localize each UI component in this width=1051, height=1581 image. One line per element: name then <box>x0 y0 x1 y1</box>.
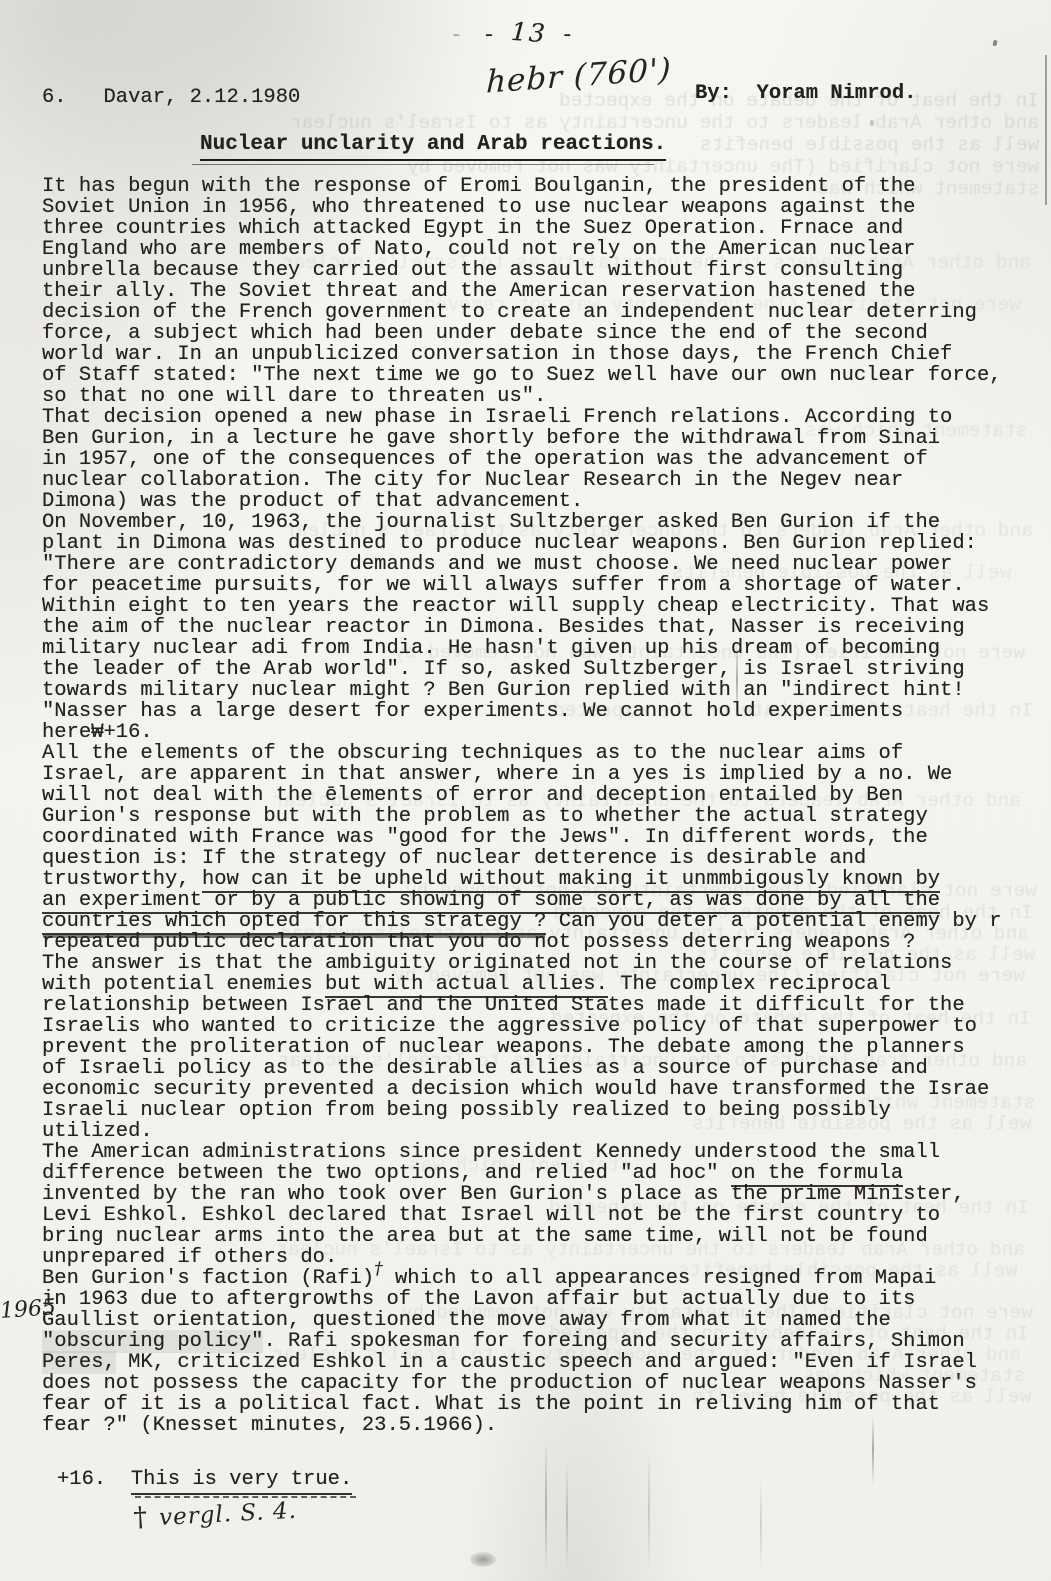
body-line: Gaullist orientation, questioned the mov… <box>42 1310 1037 1331</box>
body-line: in 1957, one of the consequences of the … <box>42 449 1037 470</box>
body-line: question is: If the strategy of nuclear … <box>42 848 1037 869</box>
body-line-segment: of Staff stated: "The next time we go to… <box>42 364 1002 387</box>
byline-label: By: <box>695 82 732 105</box>
body-line: of Staff stated: "The next time we go to… <box>42 365 1037 386</box>
body-line: Dimona) was the product of that advancem… <box>42 491 1037 512</box>
handwritten-footnote: †vergl. S. 4. <box>133 1494 299 1552</box>
body-line-segment: relationship between Israel and the Unit… <box>42 994 965 1017</box>
body-line-segment: does not possess the capacity for the pr… <box>42 1372 977 1395</box>
body-line: utilized. <box>42 1121 1037 1142</box>
page-number: --13- <box>450 18 576 48</box>
body-line-segment: plant in Dimona was destined to produce … <box>42 532 977 555</box>
body-line: prevent the proliteration of nuclear wea… <box>42 1037 1037 1058</box>
body-line-segment: The complex reciprocal <box>608 973 891 996</box>
body-line-segment: for peacetime pursuits, for we will alwa… <box>42 574 965 597</box>
body-line-segment: The answer is that the ambiguity origina… <box>42 952 952 975</box>
source-line: 6. Davar, 2.12.1980 <box>42 86 300 109</box>
page-number-value: 13 <box>510 17 548 48</box>
body-line-segment: towards military nuclear might ? Ben Gur… <box>42 679 965 702</box>
body-line: here₩+16. <box>42 722 1037 743</box>
article-title: Nuclear unclarity and Arab reactions. <box>200 133 666 161</box>
body-line-segment: fear of it is a political fact. What is … <box>42 1393 940 1416</box>
page-number-left-dash: - <box>483 25 498 48</box>
body-line-segment: the leader of the Arab world". If so, as… <box>42 658 965 681</box>
body-line: decision of the French government to cre… <box>42 302 1037 323</box>
body-line-segment: invented by the ran who took over Ben Gu… <box>42 1183 965 1206</box>
body-line-segment: trustworthy, <box>42 868 202 891</box>
body-line-segment: coordinated with France was "good for th… <box>42 826 928 849</box>
body-line: That decision opened a new phase in Isra… <box>42 407 1037 428</box>
body-line: bring nuclear arms into the area but at … <box>42 1226 1037 1247</box>
body-line-segment: The American administrations since presi… <box>42 1141 940 1164</box>
byline-spacer <box>732 82 757 105</box>
body-line: Ben Gurion's faction (Rafi)† which to al… <box>42 1268 1037 1289</box>
body-line: their ally. The Soviet threat and the Am… <box>42 281 1037 302</box>
body-line-segment: Can you deter a potential enemy by r <box>546 910 1001 933</box>
article-title-text: Nuclear unclarity and Arab reactions. <box>200 133 666 161</box>
body-line-segment: repeated public declaration that you do … <box>42 931 915 954</box>
body-line: "There are contradictory demands and we … <box>42 554 1037 575</box>
body-line: so that no one will dare to threaten us"… <box>42 386 1037 407</box>
footnote-marker: +16. <box>57 1468 106 1491</box>
body-line-segment: with potential enemies <box>42 973 325 996</box>
body-line: military nuclear adi from India. He hasn… <box>42 638 1037 659</box>
page-number-right-dash: - <box>561 25 576 48</box>
body-line: Peres, MK, criticized Eshkol in a causti… <box>42 1352 1037 1373</box>
body-line-segment: fear ?" (Knesset minutes, 23.5.1966). <box>42 1414 497 1437</box>
body-line: "obscuring policy". Rafi spokesman for f… <box>42 1331 1037 1352</box>
body-line: plant in Dimona was destined to produce … <box>42 533 1037 554</box>
body-line-segment: world war. In an unpublicized conversati… <box>42 343 952 366</box>
body-text: It has begun with the response of Eromi … <box>42 176 1037 1478</box>
body-line: trustworthy, how can it be upheld withou… <box>42 869 1037 890</box>
body-line-segment: Soviet Union in 1956, who threatened to … <box>42 196 915 219</box>
footnote-text: This is very true. <box>131 1468 352 1495</box>
byline: By: Yoram Nimrod. <box>695 82 916 128</box>
body-line: economic security prevented a decision w… <box>42 1079 1037 1100</box>
body-line: All the elements of the obscuring techni… <box>42 743 1037 764</box>
body-line-segment: utilized. <box>42 1120 153 1143</box>
body-line: Ben Gurion, in a lecture he gave shortly… <box>42 428 1037 449</box>
scanned-document-page: { "pagehead": { "stray_dash": "-", "left… <box>0 0 1051 1581</box>
body-line-segment: "Nasser has a large desert for experimen… <box>42 700 903 723</box>
body-line-segment: Ben Gurion's faction (Rafi) <box>42 1267 374 1290</box>
body-line-segment: "obscuring policy" <box>42 1330 263 1353</box>
body-line: towards military nuclear might ? Ben Gur… <box>42 680 1037 701</box>
body-line: The American administrations since presi… <box>42 1142 1037 1163</box>
body-line: of Israeli policy as to the desirable al… <box>42 1058 1037 1079</box>
footnote-spacer <box>106 1468 131 1491</box>
body-line-segment: nuclear collaboration. The city for Nucl… <box>42 469 903 492</box>
body-line: unbrella because they carried out the as… <box>42 260 1037 281</box>
body-line: world war. In an unpublicized conversati… <box>42 344 1037 365</box>
body-line: repeated public declaration that you do … <box>42 932 1037 953</box>
body-line: relationship between Israel and the Unit… <box>42 995 1037 1016</box>
body-line: England who are members of Nato, could n… <box>42 239 1037 260</box>
body-line: The answer is that the ambiguity origina… <box>42 953 1037 974</box>
dagger-icon: † <box>133 1502 148 1534</box>
body-line-segment: the aim of the nuclear reactor in Dimona… <box>42 616 965 639</box>
body-line: unprepared if others do. <box>42 1247 1037 1268</box>
body-line: three countries which attacked Egypt in … <box>42 218 1037 239</box>
body-line-segment: "There are contradictory demands and we … <box>42 553 952 576</box>
inline-dagger-mark: † <box>374 1259 383 1279</box>
body-line-segment: Peres, <box>42 1351 116 1374</box>
body-line-segment: All the elements of the obscuring techni… <box>42 742 903 765</box>
handwritten-footnote-text: vergl. S. 4. <box>158 1498 297 1531</box>
body-line: It has begun with the response of Eromi … <box>42 176 1037 197</box>
body-line-segment: Ben Gurion, in a lecture he gave shortly… <box>42 427 940 450</box>
body-line: countries which opted for this strategy … <box>42 911 1037 932</box>
body-line-segment: in 1957, one of the consequences of the … <box>42 448 928 471</box>
body-line: does not possess the capacity for the pr… <box>42 1373 1037 1394</box>
byline-author: Yoram Nimrod. <box>757 82 917 105</box>
body-line-segment: force, a subject which had been under de… <box>42 322 928 345</box>
body-line: force, a subject which had been under de… <box>42 323 1037 344</box>
body-line-segment: bring nuclear arms into the area but at … <box>42 1225 928 1248</box>
body-line-segment: decision of the French government to cre… <box>42 301 977 324</box>
body-line-segment: of Israeli policy as to the desirable al… <box>42 1057 928 1080</box>
body-line: in 1963 due to aftergrowths of the Lavon… <box>42 1289 1037 1310</box>
body-line: nuclear collaboration. The city for Nucl… <box>42 470 1037 491</box>
body-line: invented by the ran who took over Ben Gu… <box>42 1184 1037 1205</box>
body-line-segment: On November, 10, 1963, the journalist Su… <box>42 511 940 534</box>
body-line-segment: Gurion's response but with the problem a… <box>42 805 928 828</box>
body-line: the leader of the Arab world". If so, as… <box>42 659 1037 680</box>
body-line: Within eight to ten years the reactor wi… <box>42 596 1037 617</box>
body-line-segment: military nuclear adi from India. He hasn… <box>42 637 940 660</box>
body-line-segment: so that no one will dare to threaten us"… <box>42 385 546 408</box>
body-line-segment: Within eight to ten years the reactor wi… <box>42 595 989 618</box>
body-line-segment: Levi Eshkol. Eshkol declared that Israel… <box>42 1204 940 1227</box>
body-line-segment: England who are members of Nato, could n… <box>42 238 915 261</box>
body-line-segment: That decision opened a new phase in Isra… <box>42 406 952 429</box>
body-line-segment: Israelis who wanted to criticize the agg… <box>42 1015 977 1038</box>
body-line-segment: Israel, are apparent in that answer, whe… <box>42 763 952 786</box>
body-line-segment: difference between the two options, and … <box>42 1162 731 1185</box>
body-line: Gurion's response but with the problem a… <box>42 806 1037 827</box>
body-line-segment: Gaullist orientation, questioned the mov… <box>42 1309 891 1332</box>
body-line-segment: will not deal with the ēlements of error… <box>42 784 903 807</box>
body-line-segment: their ally. The Soviet threat and the Am… <box>42 280 915 303</box>
body-line: an experiment or by a public showing of … <box>42 890 1037 911</box>
body-line: "Nasser has a large desert for experimen… <box>42 701 1037 722</box>
body-line-segment: three countries which attacked Egypt in … <box>42 217 903 240</box>
body-line: Israeli nuclear option from being possib… <box>42 1100 1037 1121</box>
body-line: will not deal with the ēlements of error… <box>42 785 1037 806</box>
margin-year-note: 1965 <box>0 1295 57 1324</box>
body-line: for peacetime pursuits, for we will alwa… <box>42 575 1037 596</box>
body-line: Soviet Union in 1956, who threatened to … <box>42 197 1037 218</box>
body-line: fear ?" (Knesset minutes, 23.5.1966). <box>42 1415 1037 1436</box>
body-line-segment: Dimona) was the product of that advancem… <box>42 490 583 513</box>
body-line-segment: It has begun with the response of Eromi … <box>42 175 915 198</box>
body-line-segment: Israeli nuclear option from being possib… <box>42 1099 891 1122</box>
body-line: Israelis who wanted to criticize the agg… <box>42 1016 1037 1037</box>
body-line: On November, 10, 1963, the journalist Su… <box>42 512 1037 533</box>
body-line-segment: prevent the proliteration of nuclear wea… <box>42 1036 965 1059</box>
body-line: difference between the two options, and … <box>42 1163 1037 1184</box>
body-line: Israel, are apparent in that answer, whe… <box>42 764 1037 785</box>
body-line-segment: in 1963 due to aftergrowths of the Lavon… <box>42 1288 915 1311</box>
body-line: with potential enemies but with actual a… <box>42 974 1037 995</box>
body-line: the aim of the nuclear reactor in Dimona… <box>42 617 1037 638</box>
body-line-segment: here₩+16. <box>42 721 153 744</box>
body-line-segment: . Rafi spokesman for foreing and securit… <box>263 1330 964 1353</box>
body-line-segment: unprepared if others do. <box>42 1246 337 1269</box>
body-line: Levi Eshkol. Eshkol declared that Israel… <box>42 1205 1037 1226</box>
body-line-segment: MK, criticized Eshkol in a caustic speec… <box>116 1351 977 1374</box>
body-line-segment: unbrella because they carried out the as… <box>42 259 903 282</box>
page-number-stray-dash: - <box>450 25 465 48</box>
body-line-segment: question is: If the strategy of nuclear … <box>42 847 866 870</box>
body-line: fear of it is a political fact. What is … <box>42 1394 1037 1415</box>
body-line: coordinated with France was "good for th… <box>42 827 1037 848</box>
body-line-segment: which to all appearances resigned from M… <box>383 1267 937 1290</box>
body-line-segment: economic security prevented a decision w… <box>42 1078 989 1101</box>
body-line <box>42 1436 1037 1457</box>
